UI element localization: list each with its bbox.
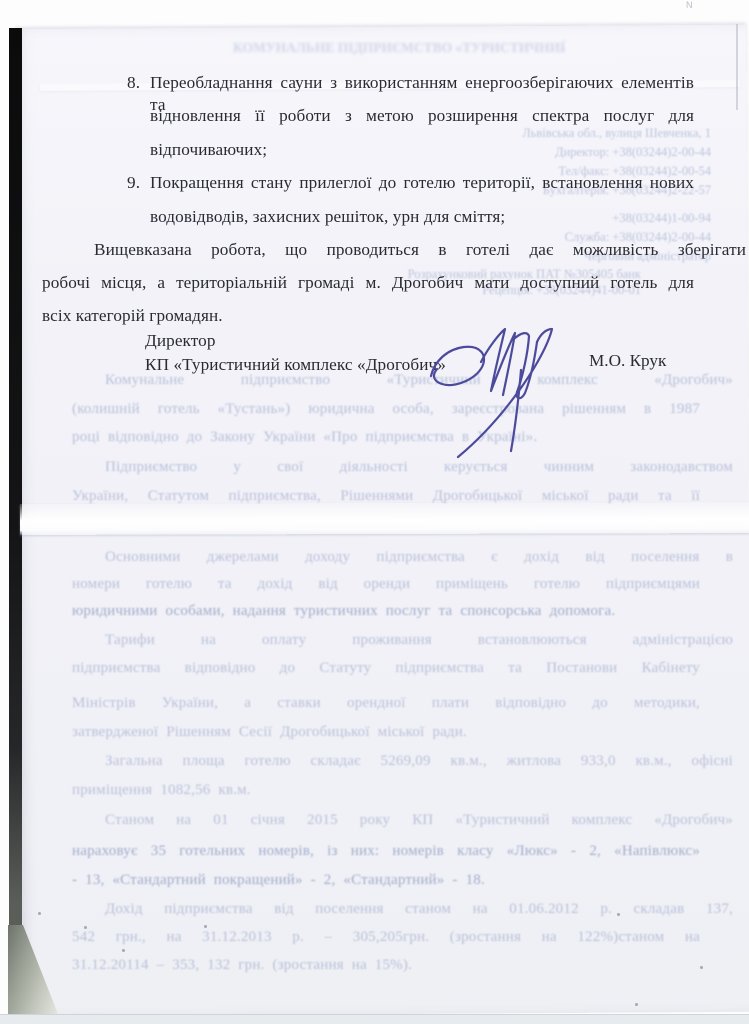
- text-line: відпочиваючих;: [150, 139, 694, 161]
- list-number: 8.: [127, 72, 140, 94]
- signature-ink: [424, 318, 576, 463]
- scan-speck: [204, 925, 207, 928]
- text-line: водовідводів, захисних решіток, урн для …: [150, 206, 694, 228]
- scanned-document-page: N Комунальне підприємство «Туристичний к…: [0, 0, 749, 1024]
- list-number: 9.: [127, 172, 140, 194]
- text-line: Вищевказана робота, що проводиться в гот…: [42, 239, 746, 261]
- scan-speck: [122, 949, 125, 952]
- scan-speck: [700, 966, 703, 969]
- scan-speck: [635, 1003, 638, 1006]
- text-line: відновлення її роботи з метою розширення…: [150, 105, 694, 127]
- scan-speck: [84, 926, 87, 929]
- text-line: робочі місця, а територіальній громаді м…: [42, 272, 694, 294]
- scan-speck: [617, 913, 620, 916]
- text-line: 9.Покращення стану прилеглої до готелю т…: [150, 172, 694, 194]
- text-line: всіх категорій громадян.: [42, 305, 694, 327]
- document-text: 8.Переобладнання сауни з використанням е…: [0, 0, 749, 1024]
- scan-speck: [38, 912, 41, 915]
- signatory-name: М.О. Крук: [589, 351, 666, 371]
